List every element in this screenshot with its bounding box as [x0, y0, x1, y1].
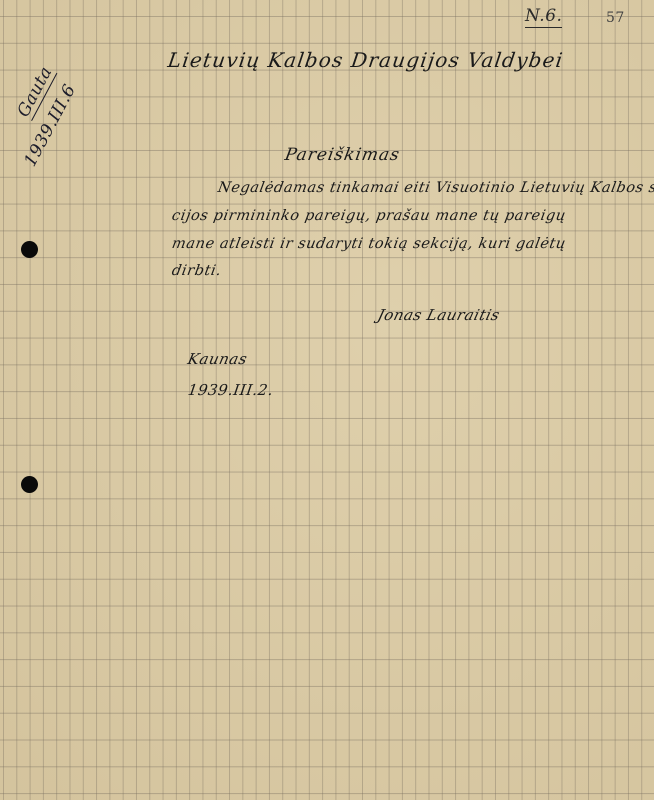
addressee-line: Lietuvių Kalbos Draugijos Valdybei: [166, 48, 565, 72]
signature: Jonas Lauraitis: [376, 306, 502, 324]
reference-number: N.6.: [525, 6, 562, 28]
page-number: 57: [606, 10, 625, 26]
punch-hole-upper: [21, 241, 38, 258]
body-line-4: dirbti.: [171, 263, 223, 279]
body-line-3: mane atleisti ir sudaryti tokią sekciją,…: [171, 236, 568, 252]
grid-paper-sheet: N.6. 57 Gauta 1939.III.6 Lietuvių Kalbos…: [0, 0, 654, 800]
punch-hole-lower: [21, 476, 38, 493]
body-line-2: cijos pirmininko pareigų, prašau mane tų…: [171, 208, 568, 224]
document-title: Pareiškimas: [283, 145, 401, 165]
letter-date: 1939.III.2.: [187, 381, 275, 399]
place-name: Kaunas: [186, 350, 249, 368]
body-line-1: Negalėdamas tinkamai eiti Visuotinio Lie…: [217, 180, 654, 196]
